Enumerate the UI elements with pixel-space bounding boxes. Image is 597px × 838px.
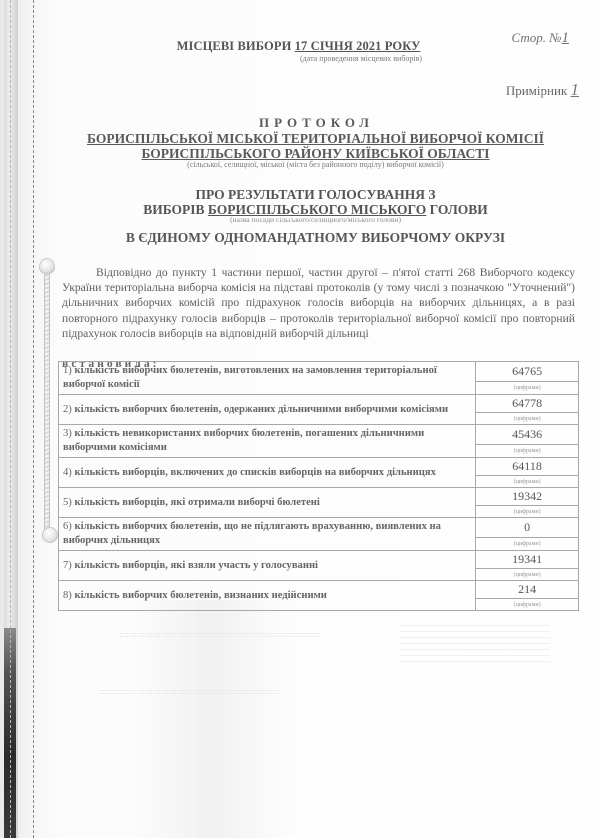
- value-caption: (цифрами): [476, 476, 579, 488]
- result-index: 5): [63, 497, 72, 508]
- elections-heading: МІСЦЕВІ ВИБОРИ 17 СІЧНЯ 2021 РОКУ: [0, 39, 597, 54]
- result-label: 2) кількість виборчих бюлетенів, одержан…: [59, 395, 476, 425]
- result-label: 3) кількість невикористаних виборчих бюл…: [59, 425, 476, 458]
- table-row: 4) кількість виборців, включених до спис…: [59, 458, 579, 476]
- result-index: 2): [63, 404, 72, 415]
- result-label: 6) кількість виборчих бюлетенів, що не п…: [59, 518, 476, 551]
- binding-thread: [44, 262, 50, 530]
- bleed-through-text: [400, 625, 550, 665]
- result-index: 4): [63, 467, 72, 478]
- results-table: 1) кількість виборчих бюлетенів, виготов…: [58, 361, 579, 611]
- district-heading: В ЄДИНОМУ ОДНОМАНДАТНОМУ ВИБОРЧОМУ ОКРУЗ…: [0, 230, 597, 246]
- result-value: 64118: [476, 458, 579, 476]
- election-date: 17 СІЧНЯ 2021 РОКУ: [295, 39, 421, 53]
- result-label-text: кількість виборців, які отримали виборчі…: [74, 497, 319, 508]
- thread-seal-top-icon: [39, 258, 55, 274]
- result-value: 45436: [476, 425, 579, 445]
- bleed-through-text: [100, 690, 280, 694]
- elections-prefix: МІСЦЕВІ ВИБОРИ: [177, 39, 292, 53]
- thread-seal-bottom-icon: [42, 527, 58, 543]
- copy-number-label: Примірник: [506, 83, 567, 98]
- commission-caption: (сільської, селищної, міської (міста без…: [0, 160, 597, 169]
- result-label-text: кількість виборчих бюлетенів, виготовлен…: [63, 365, 437, 390]
- table-row: 2) кількість виборчих бюлетенів, одержан…: [59, 395, 579, 413]
- result-value: 64765: [476, 362, 579, 382]
- table-row: 7) кількість виборців, які взяли участь …: [59, 551, 579, 569]
- protocol-title: ПРОТОКОЛ: [0, 115, 597, 131]
- result-label: 5) кількість виборців, які отримали вибо…: [59, 488, 476, 518]
- result-value: 0: [476, 518, 579, 538]
- table-row: 8) кількість виборчих бюлетенів, визнани…: [59, 581, 579, 599]
- bleed-through-text: [120, 633, 320, 637]
- value-caption: (цифрами): [476, 599, 579, 611]
- result-value: 214: [476, 581, 579, 599]
- date-caption: (дата проведення місцевих виборів): [300, 54, 422, 63]
- value-caption: (цифрами): [476, 381, 579, 394]
- value-caption: (цифрами): [476, 569, 579, 581]
- result-label-text: кількість виборчих бюлетенів, одержаних …: [74, 404, 448, 415]
- result-label-text: кількість виборців, включених до списків…: [74, 467, 435, 478]
- value-caption: (цифрами): [476, 537, 579, 550]
- copy-number-value: 1: [571, 80, 580, 99]
- result-value: 19342: [476, 488, 579, 506]
- table-row: 1) кількість виборчих бюлетенів, виготов…: [59, 362, 579, 382]
- value-caption: (цифрами): [476, 444, 579, 457]
- result-index: 3): [63, 428, 72, 439]
- office-caption: (назва посади сільського/селищного/міськ…: [0, 215, 597, 224]
- result-index: 6): [63, 521, 72, 532]
- result-label: 7) кількість виборців, які взяли участь …: [59, 551, 476, 581]
- results-heading-line-1: ПРО РЕЗУЛЬТАТИ ГОЛОСУВАННЯ З: [0, 187, 597, 203]
- result-value: 19341: [476, 551, 579, 569]
- result-label: 1) кількість виборчих бюлетенів, виготов…: [59, 362, 476, 395]
- table-row: 3) кількість невикористаних виборчих бюл…: [59, 425, 579, 445]
- result-label-text: кількість виборчих бюлетенів, визнаних н…: [74, 590, 326, 601]
- result-label-text: кількість виборчих бюлетенів, що не підл…: [63, 521, 441, 546]
- table-row: 5) кількість виборців, які отримали вибо…: [59, 488, 579, 506]
- table-row: 6) кількість виборчих бюлетенів, що не п…: [59, 518, 579, 538]
- value-caption: (цифрами): [476, 413, 579, 425]
- result-label: 4) кількість виборців, включених до спис…: [59, 458, 476, 488]
- result-index: 8): [63, 590, 72, 601]
- commission-name-line-1: БОРИСПІЛЬСЬКОЇ МІСЬКОЇ ТЕРИТОРІАЛЬНОЇ ВИ…: [0, 131, 597, 147]
- result-label: 8) кількість виборчих бюлетенів, визнани…: [59, 581, 476, 611]
- result-index: 7): [63, 560, 72, 571]
- copy-number: Примірник 1: [506, 80, 579, 100]
- preamble-paragraph: Відповідно до пункту 1 частини першої, ч…: [62, 265, 575, 341]
- result-value: 64778: [476, 395, 579, 413]
- result-label-text: кількість виборців, які взяли участь у г…: [74, 560, 318, 571]
- result-index: 1): [63, 365, 72, 376]
- result-label-text: кількість невикористаних виборчих бюлете…: [63, 428, 424, 453]
- value-caption: (цифрами): [476, 506, 579, 518]
